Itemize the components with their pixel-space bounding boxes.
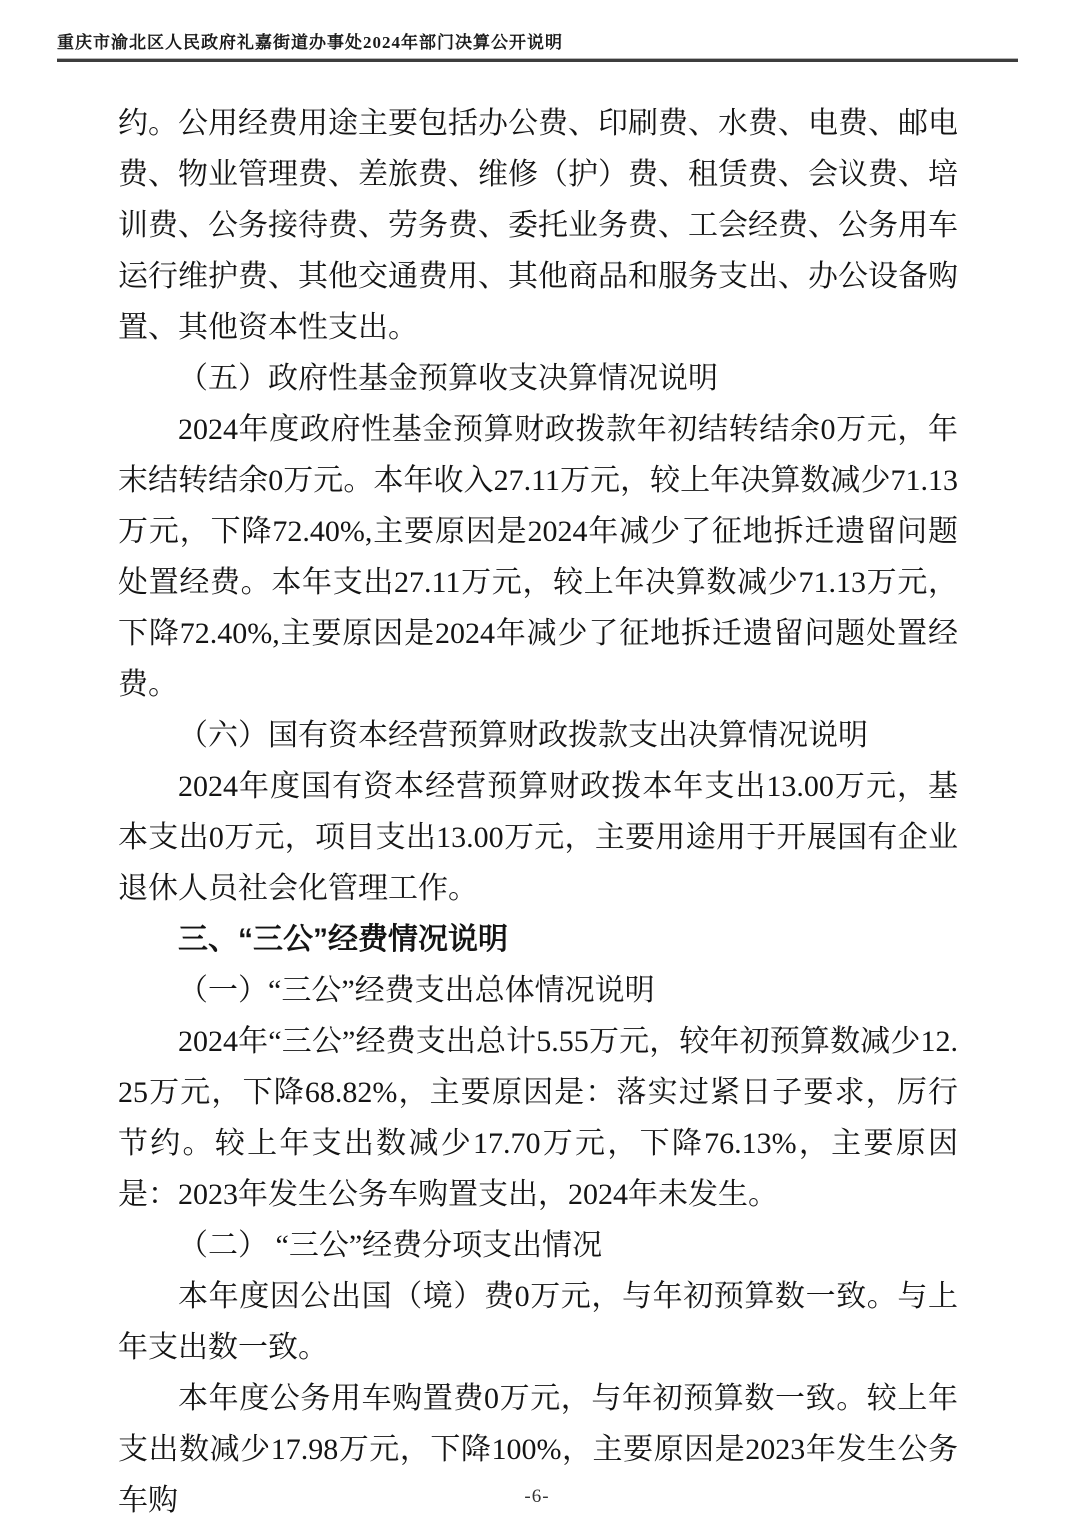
paragraph-three-public-overall-detail: 2024年“三公”经费支出总计5.55万元，较年初预算数减少12.25万元，下降…	[118, 1016, 958, 1220]
page-header: 重庆市渝北区人民政府礼嘉街道办事处2024年部门决算公开说明	[57, 28, 1018, 62]
document-page: 重庆市渝北区人民政府礼嘉街道办事处2024年部门决算公开说明 约。公用经费用途主…	[0, 0, 1074, 1520]
heading-three-public-expenses: 三、“三公”经费情况说明	[118, 914, 958, 965]
document-body: 约。公用经费用途主要包括办公费、印刷费、水费、电费、邮电费、物业管理费、差旅费、…	[118, 98, 958, 1520]
paragraph-public-funds-usage: 约。公用经费用途主要包括办公费、印刷费、水费、电费、邮电费、物业管理费、差旅费、…	[118, 98, 958, 353]
page-footer: -6-	[0, 1486, 1074, 1508]
header-title: 重庆市渝北区人民政府礼嘉街道办事处2024年部门决算公开说明	[57, 28, 1018, 53]
page-number: -6-	[0, 1486, 1074, 1508]
paragraph-gov-fund-budget-detail: 2024年度政府性基金预算财政拨款年初结转结余0万元，年末结转结余0万元。本年收…	[118, 404, 958, 710]
subheading-section-5-gov-fund-budget: （五）政府性基金预算收支决算情况说明	[118, 353, 958, 404]
paragraph-overseas-trips-expense: 本年度因公出国（境）费0万元，与年初预算数一致。与上年支出数一致。	[118, 1271, 958, 1373]
subheading-part-2-itemized-expenses: （二） “三公”经费分项支出情况	[118, 1220, 958, 1271]
header-rule-divider	[57, 58, 1018, 62]
subheading-section-6-state-capital-budget: （六）国有资本经营预算财政拨款支出决算情况说明	[118, 710, 958, 761]
paragraph-state-capital-budget-detail: 2024年度国有资本经营预算财政拨本年支出13.00万元，基本支出0万元，项目支…	[118, 761, 958, 914]
subheading-part-1-overall-situation: （一）“三公”经费支出总体情况说明	[118, 965, 958, 1016]
